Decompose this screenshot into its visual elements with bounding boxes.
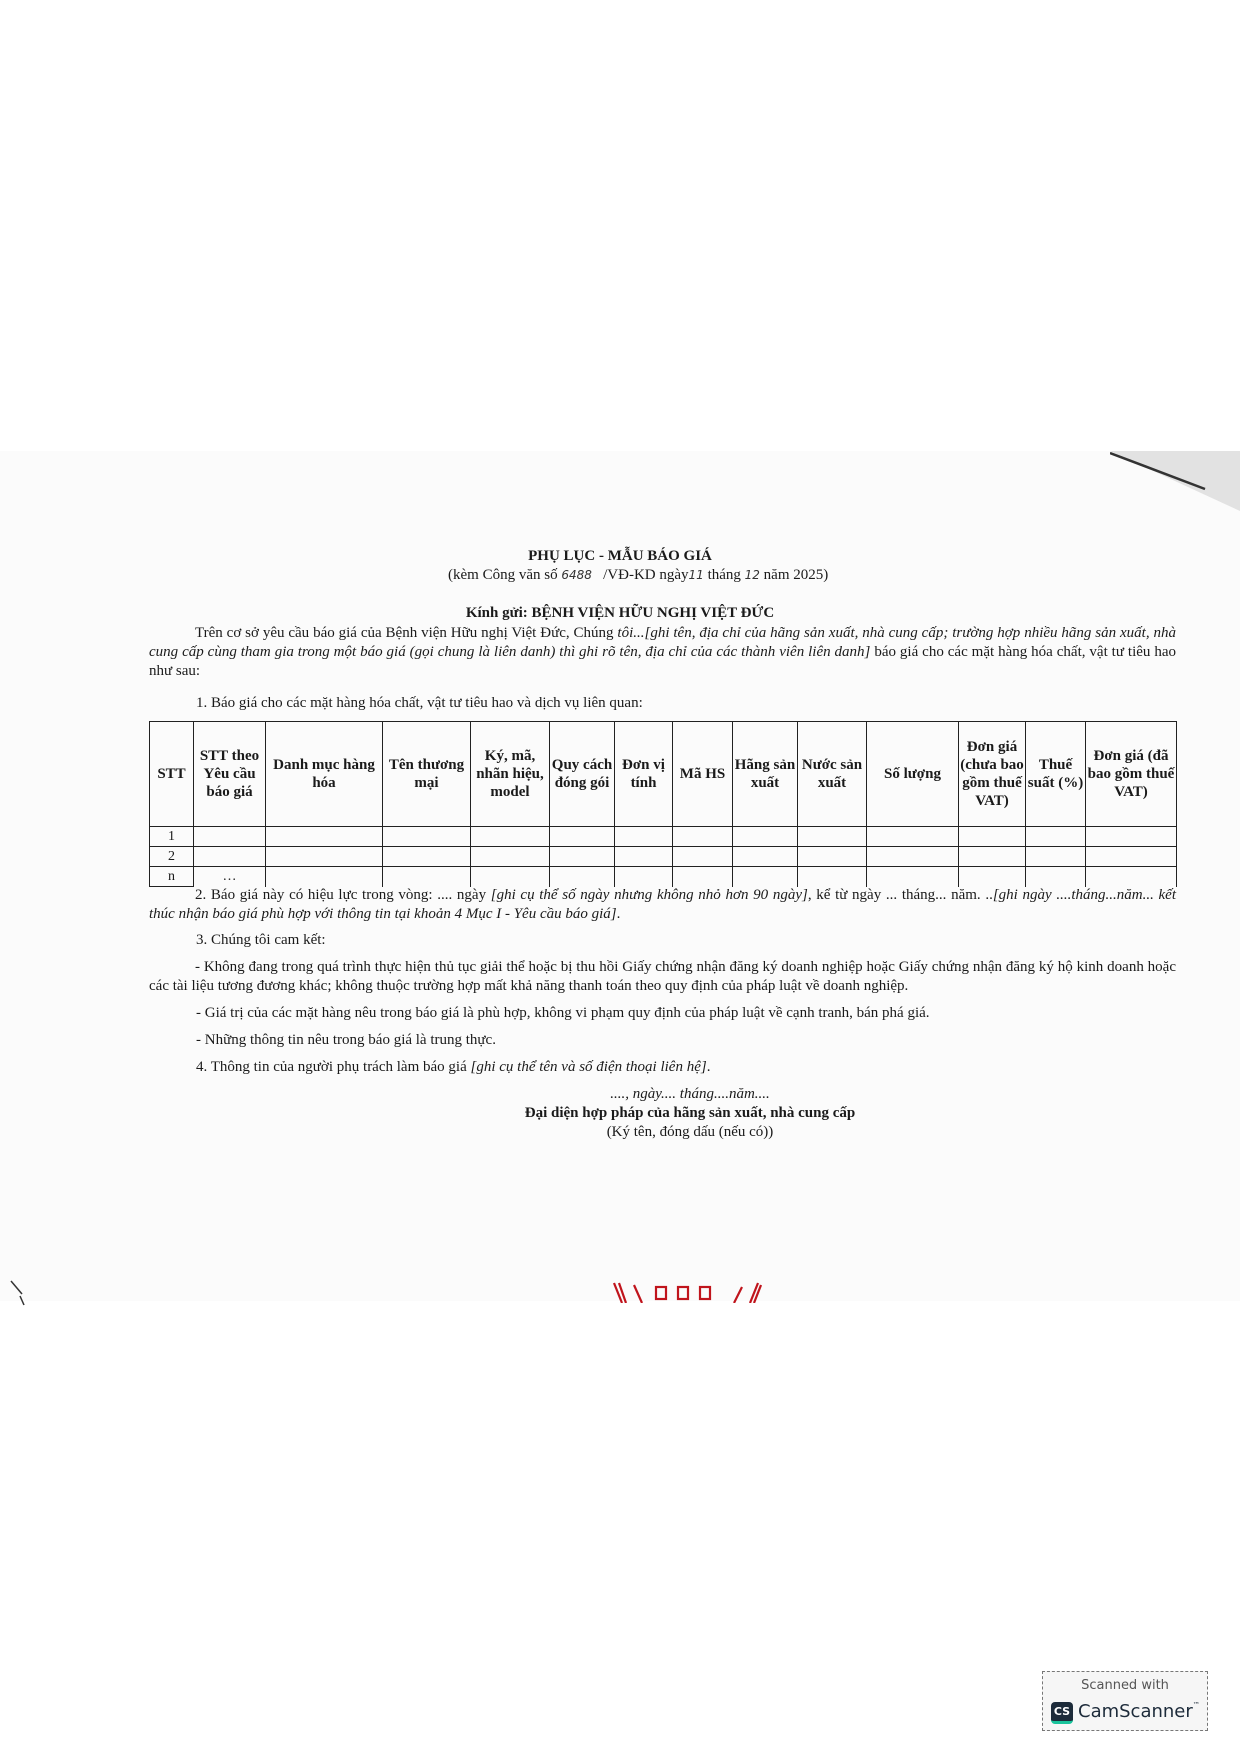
table-header-cell: Đơn giá (đã bao gồm thuế VAT) (1086, 722, 1177, 827)
table-cell (733, 827, 798, 847)
table-cell (959, 867, 1026, 887)
table-cell (1026, 847, 1086, 867)
table-cell (471, 867, 550, 887)
section-2-paragraph: 2. Báo giá này có hiệu lực trong vòng: .… (149, 886, 1176, 924)
subtitle-middle: /VĐ-KD ngày (603, 567, 688, 583)
camscanner-watermark: Scanned with CS CamScanner™ (1042, 1671, 1208, 1731)
red-stamp-fragment (612, 1281, 762, 1303)
table-cell (673, 847, 733, 867)
table-cell (550, 847, 615, 867)
table-cell (1026, 867, 1086, 887)
table-header-cell: STT (150, 722, 194, 827)
table-cell (673, 867, 733, 887)
table-cell (266, 847, 383, 867)
table-cell (798, 827, 867, 847)
table-cell: 2 (150, 847, 194, 867)
table-cell (383, 847, 471, 867)
table-header-cell: Ký, mã, nhãn hiệu, model (471, 722, 550, 827)
table-cell (471, 847, 550, 867)
section-4-italic: [ghi cụ thể tên và số điện thoại liên hệ… (470, 1059, 706, 1075)
subtitle-prefix: (kèm Công văn số (448, 567, 558, 583)
signature-note: (Ký tên, đóng dấu (nếu có)) (420, 1123, 960, 1142)
table-cell (733, 847, 798, 867)
handwritten-month: 12 (745, 568, 760, 582)
table-header-cell: Tên thương mại (383, 722, 471, 827)
table-cell: … (194, 867, 266, 887)
table-cell (550, 867, 615, 887)
intro-paragraph: Trên cơ sở yêu cầu báo giá của Bệnh viện… (149, 624, 1176, 681)
section-2-text-mid: , kể từ ngày ... tháng... năm. .. (808, 887, 993, 903)
table-cell (471, 827, 550, 847)
table-cell (798, 847, 867, 867)
section-2-italic-1: [ghi cụ thể số ngày nhưng không nhỏ hơn … (491, 887, 808, 903)
table-cell (194, 827, 266, 847)
table-row: 1 (150, 827, 1177, 847)
table-cell (550, 827, 615, 847)
intro-text-start: Trên cơ sở yêu cầu báo giá của Bệnh viện… (195, 625, 617, 641)
brand-name: CamScanner (1078, 1701, 1193, 1722)
camscanner-brand: CamScanner™ (1078, 1701, 1200, 1722)
commitment-item-2: - Giá trị của các mặt hàng nêu trong báo… (196, 1004, 930, 1023)
table-header-cell: Đơn vị tính (615, 722, 673, 827)
table-cell (867, 847, 959, 867)
table-cell (959, 847, 1026, 867)
section-3-heading: 3. Chúng tôi cam kết: (196, 931, 326, 950)
table-cell (798, 867, 867, 887)
section-4-text-end: . (707, 1059, 711, 1075)
commitment-item-1: - Không đang trong quá trình thực hiện t… (149, 958, 1176, 996)
handwritten-doc-number: 6488 (561, 568, 592, 582)
signature-role: Đại diện hợp pháp của hãng sản xuất, nhà… (420, 1104, 960, 1123)
commitment-item-3: - Những thông tin nêu trong báo giá là t… (196, 1031, 496, 1050)
section-2-text-start: 2. Báo giá này có hiệu lực trong vòng: .… (195, 887, 491, 903)
table-cell (383, 867, 471, 887)
table-cell (1026, 827, 1086, 847)
document-subtitle: (kèm Công văn số 6488 /VĐ-KD ngày11 thán… (448, 566, 828, 585)
table-header-cell: Hãng sản xuất (733, 722, 798, 827)
section-4-paragraph: 4. Thông tin của người phụ trách làm báo… (196, 1058, 710, 1077)
table-cell (266, 827, 383, 847)
table-cell (733, 867, 798, 887)
table-header-cell: Nước sản xuất (798, 722, 867, 827)
table-cell (194, 847, 266, 867)
scan-corner-mark (10, 1280, 26, 1306)
subtitle-suffix: năm 2025) (764, 567, 829, 583)
table-header-cell: Số lượng (867, 722, 959, 827)
table-header-cell: Quy cách đóng gói (550, 722, 615, 827)
table-header-cell: Thuế suất (%) (1026, 722, 1086, 827)
subtitle-month-label: tháng (708, 567, 741, 583)
table-cell (1086, 847, 1177, 867)
table-cell (615, 867, 673, 887)
table-header-cell: Danh mục hàng hóa (266, 722, 383, 827)
section-4-text-start: 4. Thông tin của người phụ trách làm báo… (196, 1059, 470, 1075)
table-cell (615, 827, 673, 847)
trademark-symbol: ™ (1193, 1701, 1200, 1709)
table-cell (1086, 827, 1177, 847)
table-header-cell: Mã HS (673, 722, 733, 827)
document-title: PHỤ LỤC - MẪU BÁO GIÁ (0, 548, 1240, 565)
table-header-row: STTSTT theo Yêu cầu báo giáDanh mục hàng… (150, 722, 1177, 827)
recipient-line: Kính gửi: BỆNH VIỆN HỮU NGHỊ VIỆT ĐỨC (0, 605, 1240, 622)
table-cell (1086, 867, 1177, 887)
table-cell (383, 827, 471, 847)
table-cell (867, 827, 959, 847)
section-1-heading: 1. Báo giá cho các mặt hàng hóa chất, vậ… (196, 694, 643, 713)
table-cell (959, 827, 1026, 847)
table-row: n… (150, 867, 1177, 887)
section-2-text-end: . (617, 906, 621, 922)
table-cell: 1 (150, 827, 194, 847)
table-cell (673, 827, 733, 847)
table-header-cell: STT theo Yêu cầu báo giá (194, 722, 266, 827)
table-cell (867, 867, 959, 887)
table-header-cell: Đơn giá (chưa bao gồm thuế VAT) (959, 722, 1026, 827)
signature-date-line: ...., ngày.... tháng....năm.... (420, 1085, 960, 1104)
table-cell (615, 847, 673, 867)
scanned-with-label: Scanned with (1043, 1678, 1207, 1693)
quote-table: STTSTT theo Yêu cầu báo giáDanh mục hàng… (149, 721, 1177, 887)
signature-date-text: ...., ngày.... tháng....năm.... (610, 1086, 770, 1102)
table-cell: n (150, 867, 194, 887)
camscanner-logo-icon: CS (1051, 1702, 1073, 1724)
handwritten-day: 11 (689, 568, 704, 582)
page-curl-shadow (1110, 451, 1240, 511)
table-row: 2 (150, 847, 1177, 867)
table-cell (266, 867, 383, 887)
